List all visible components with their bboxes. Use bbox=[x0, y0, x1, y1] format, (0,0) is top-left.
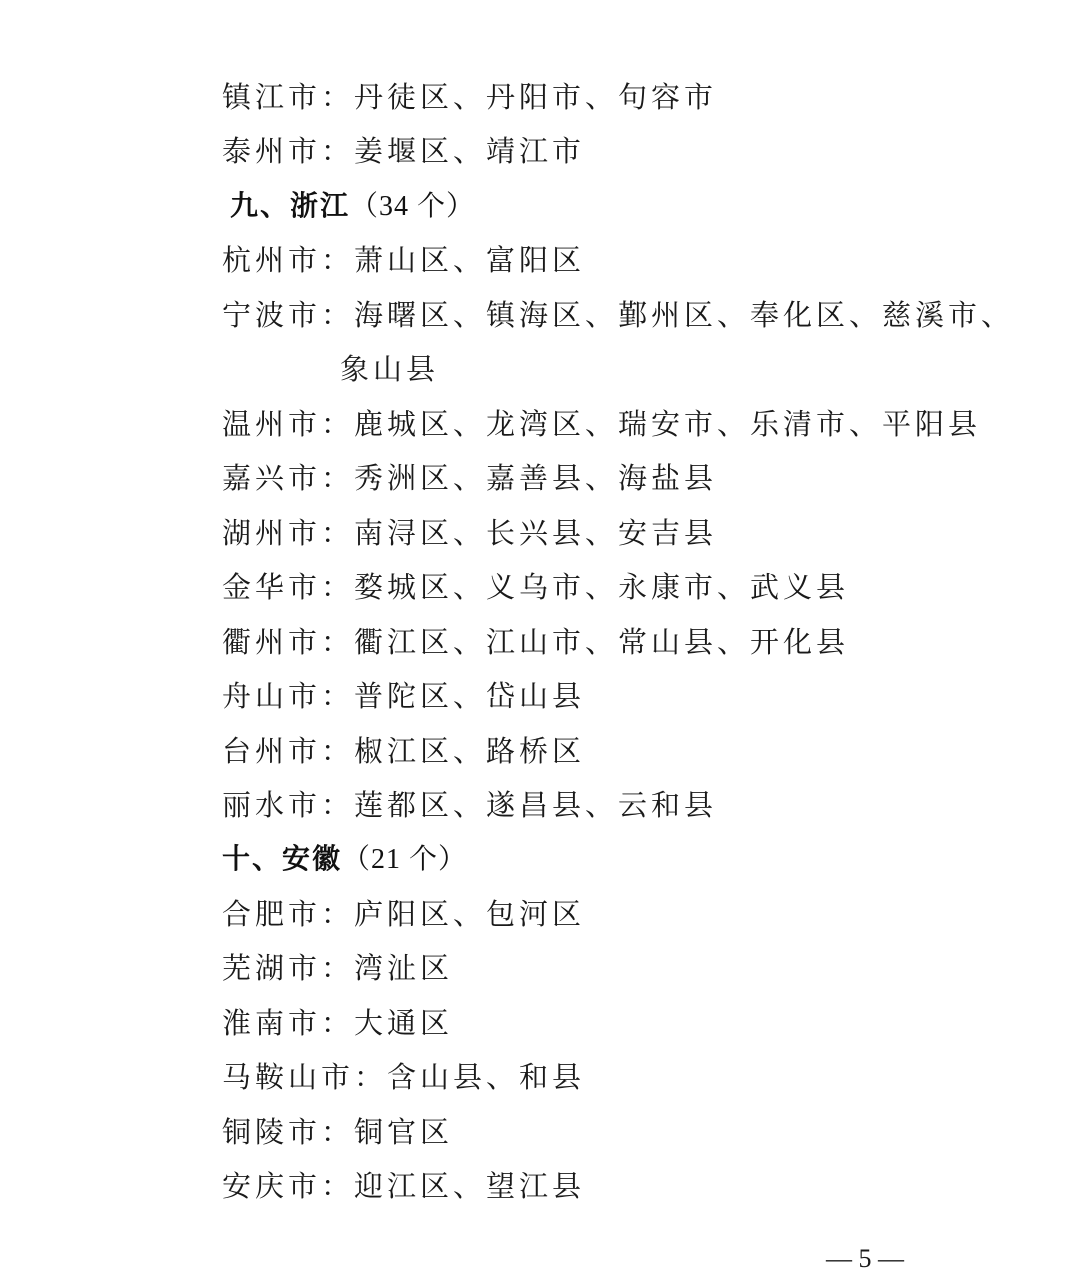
list-item-anqing: 安庆市：迎江区、望江县 bbox=[222, 1166, 585, 1206]
city-name: 铜陵市： bbox=[222, 1112, 354, 1152]
city-name: 淮南市： bbox=[222, 1003, 354, 1043]
district-list: 莲都区、遂昌县、云和县 bbox=[354, 785, 717, 825]
city-name: 合肥市： bbox=[222, 894, 354, 934]
section-heading-anhui: 十、安徽（21 个） bbox=[222, 839, 467, 879]
city-name: 嘉兴市： bbox=[222, 458, 354, 498]
city-name: 镇江市： bbox=[222, 77, 354, 117]
district-list: 鹿城区、龙湾区、瑞安市、乐清市、平阳县 bbox=[354, 404, 981, 444]
city-name: 杭州市： bbox=[222, 240, 354, 280]
city-name: 舟山市： bbox=[222, 676, 354, 716]
section-title: 九、浙江 bbox=[230, 189, 350, 222]
list-item-jinhua: 金华市：婺城区、义乌市、永康市、武义县 bbox=[222, 567, 849, 607]
page-number: — 5 — bbox=[826, 1244, 904, 1274]
list-item-taizhou-js: 泰州市：姜堰区、靖江市 bbox=[222, 131, 585, 171]
list-item-wuhu: 芜湖市：湾沚区 bbox=[222, 948, 453, 988]
city-name: 芜湖市： bbox=[222, 948, 354, 988]
city-name: 安庆市： bbox=[222, 1166, 354, 1206]
list-item-hefei: 合肥市：庐阳区、包河区 bbox=[222, 894, 585, 934]
list-item-lishui: 丽水市：莲都区、遂昌县、云和县 bbox=[222, 785, 717, 825]
list-item-quzhou: 衢州市：衢江区、江山市、常山县、开化县 bbox=[222, 622, 849, 662]
district-list: 衢江区、江山市、常山县、开化县 bbox=[354, 622, 849, 662]
city-name: 丽水市： bbox=[222, 785, 354, 825]
district-list: 南浔区、长兴县、安吉县 bbox=[354, 513, 717, 553]
district-list: 迎江区、望江县 bbox=[354, 1166, 585, 1206]
district-list: 婺城区、义乌市、永康市、武义县 bbox=[354, 567, 849, 607]
city-name: 宁波市： bbox=[222, 295, 354, 335]
district-list: 大通区 bbox=[354, 1003, 453, 1043]
document-page: 镇江市：丹徒区、丹阳市、句容市 泰州市：姜堰区、靖江市 九、浙江（34 个） 杭… bbox=[0, 0, 1080, 1287]
city-name: 衢州市： bbox=[222, 622, 354, 662]
district-list: 含山县、和县 bbox=[387, 1057, 585, 1097]
list-item-huzhou: 湖州市：南浔区、长兴县、安吉县 bbox=[222, 513, 717, 553]
city-name: 台州市： bbox=[222, 731, 354, 771]
district-list: 庐阳区、包河区 bbox=[354, 894, 585, 934]
district-list: 姜堰区、靖江市 bbox=[354, 131, 585, 171]
district-list: 萧山区、富阳区 bbox=[354, 240, 585, 280]
city-name: 金华市： bbox=[222, 567, 354, 607]
list-item-ningbo-continued: 象山县 bbox=[340, 349, 439, 389]
city-name: 泰州市： bbox=[222, 131, 354, 171]
list-item-maanshan: 马鞍山市：含山县、和县 bbox=[222, 1057, 585, 1097]
list-item-zhenjiang: 镇江市：丹徒区、丹阳市、句容市 bbox=[222, 77, 717, 117]
district-list: 象山县 bbox=[340, 349, 439, 389]
city-name: 温州市： bbox=[222, 404, 354, 444]
district-list: 铜官区 bbox=[354, 1112, 453, 1152]
list-item-wenzhou: 温州市：鹿城区、龙湾区、瑞安市、乐清市、平阳县 bbox=[222, 404, 981, 444]
section-heading-zhejiang: 九、浙江（34 个） bbox=[230, 186, 475, 226]
list-item-taizhou-zj: 台州市：椒江区、路桥区 bbox=[222, 731, 585, 771]
list-item-jiaxing: 嘉兴市：秀洲区、嘉善县、海盐县 bbox=[222, 458, 717, 498]
section-title: 十、安徽 bbox=[222, 842, 342, 875]
city-name: 马鞍山市： bbox=[222, 1057, 387, 1097]
section-count: （34 个） bbox=[350, 191, 475, 222]
district-list: 普陀区、岱山县 bbox=[354, 676, 585, 716]
list-item-zhoushan: 舟山市：普陀区、岱山县 bbox=[222, 676, 585, 716]
district-list: 丹徒区、丹阳市、句容市 bbox=[354, 77, 717, 117]
district-list: 秀洲区、嘉善县、海盐县 bbox=[354, 458, 717, 498]
list-item-ningbo: 宁波市：海曙区、镇海区、鄞州区、奉化区、慈溪市、 bbox=[222, 295, 1014, 335]
list-item-hangzhou: 杭州市：萧山区、富阳区 bbox=[222, 240, 585, 280]
district-list: 湾沚区 bbox=[354, 948, 453, 988]
list-item-tongling: 铜陵市：铜官区 bbox=[222, 1112, 453, 1152]
district-list: 海曙区、镇海区、鄞州区、奉化区、慈溪市、 bbox=[354, 295, 1014, 335]
list-item-huainan: 淮南市：大通区 bbox=[222, 1003, 453, 1043]
section-count: （21 个） bbox=[342, 844, 467, 875]
city-name: 湖州市： bbox=[222, 513, 354, 553]
district-list: 椒江区、路桥区 bbox=[354, 731, 585, 771]
